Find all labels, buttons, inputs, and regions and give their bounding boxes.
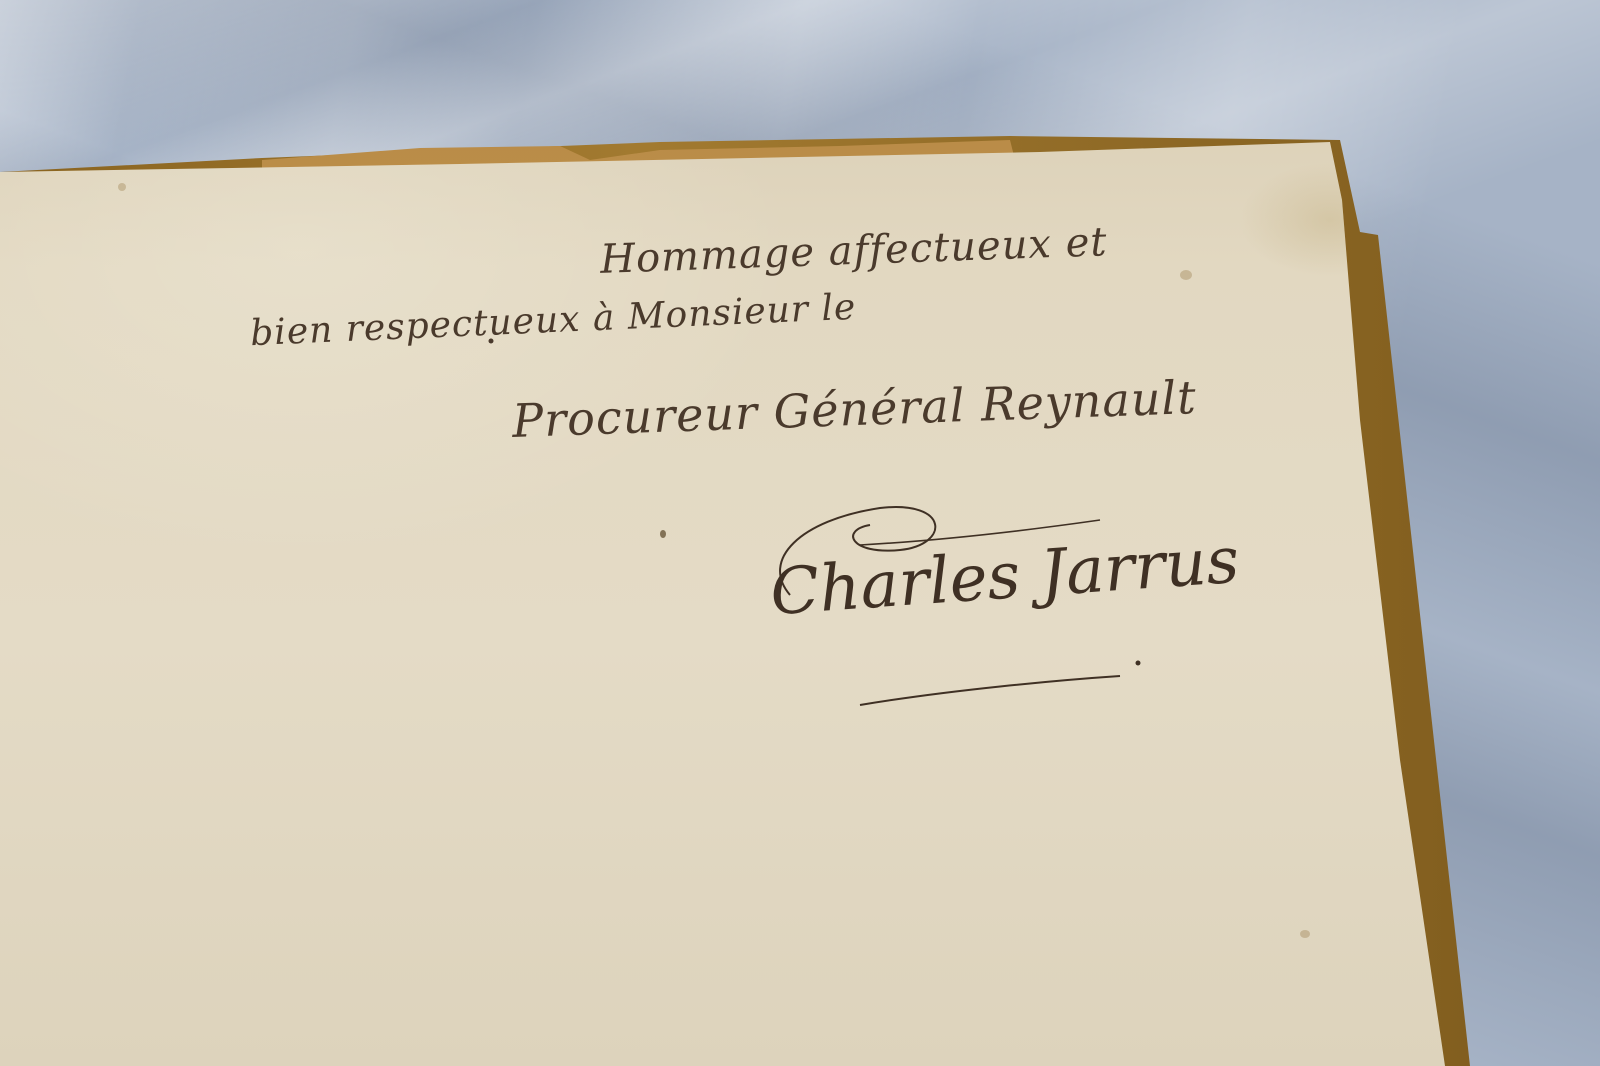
foxing-spot (660, 530, 666, 538)
foxing-spot (118, 183, 126, 191)
foxing-spot (1300, 930, 1310, 938)
foxing-spot (1180, 270, 1192, 280)
